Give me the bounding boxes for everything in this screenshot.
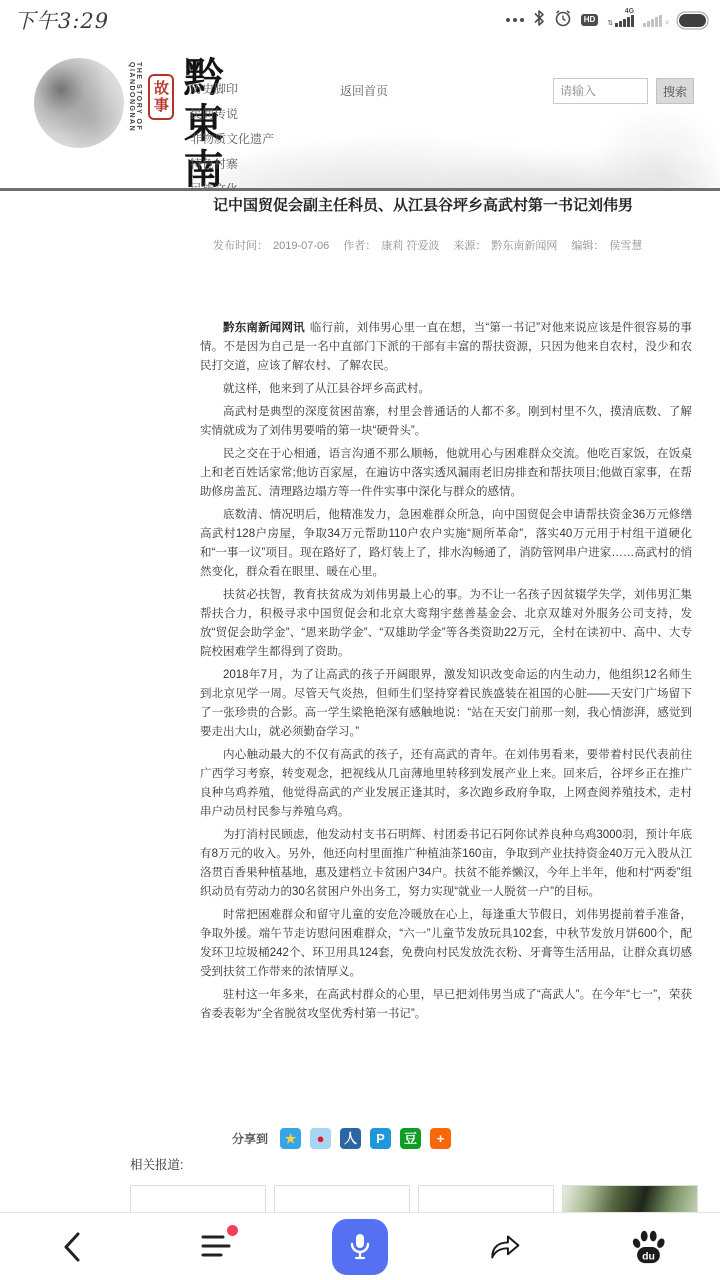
share-row: 分享到 ★●人P豆+ (200, 1128, 451, 1149)
meta-item: 编辑：侯雪慧 (571, 237, 642, 253)
logo-ink-circle-image (34, 58, 124, 148)
nav-link[interactable]: 非物质文化遗产 (190, 130, 274, 147)
share-icon[interactable]: ★ (280, 1128, 301, 1149)
home-link[interactable]: 返回首页 (340, 82, 388, 99)
signal-sim2-icon: ✕ (643, 13, 670, 27)
meta-item: 来源：黔东南新闻网 (453, 237, 557, 253)
share-icon[interactable]: + (430, 1128, 451, 1149)
article-paragraph: 驻村这一年多来，在高武村群众的心里，早已把刘伟男当成了“高武人”。在今年“七一”… (200, 986, 692, 1024)
share-button[interactable] (474, 1217, 534, 1277)
baidu-home-button[interactable]: du (618, 1217, 678, 1277)
share-icon[interactable]: ● (310, 1128, 331, 1149)
site-header: THE STORY OF QIANDONGNAN 故事 黔東南 历史脚印民间传说… (0, 42, 720, 188)
article-paragraph: 扶贫必扶智，教育扶贫成为刘伟男最上心的事。为不让一名孩子因贫辍学失学，刘伟男汇集… (200, 586, 692, 662)
browser-toolbar: du (0, 1212, 720, 1280)
header-divider (0, 188, 720, 191)
microphone-icon (332, 1219, 388, 1275)
nav-link[interactable]: 历史脚印 (190, 80, 274, 97)
search-box: 搜索 (553, 78, 694, 104)
article-paragraph: 高武村是典型的深度贫困苗寨，村里会普通话的人都不多。刚到村里不久，摸清底数、了解… (200, 403, 692, 441)
share-icons: ★●人P豆+ (280, 1128, 451, 1149)
page: 下午3:29 HD 4G ⇅ ✕ (0, 0, 720, 1280)
article-paragraph: 2018年7月，为了让高武的孩子开阔眼界，激发知识改变命运的内生动力，他组织12… (200, 666, 692, 742)
article-title: 记中国贸促会副主任科员、从江县谷坪乡高武村第一书记刘伟男 (200, 196, 692, 216)
voice-search-button[interactable] (330, 1217, 390, 1277)
ink-pagoda-art (590, 102, 720, 188)
status-bar: 下午3:29 HD 4G ⇅ ✕ (0, 0, 720, 40)
alarm-icon (554, 9, 572, 32)
related-label: 相关报道: (130, 1155, 700, 1173)
header-nav: 历史脚印民间传说非物质文化遗产特色村寨民族文化黔东南人风采 (190, 80, 274, 188)
bluetooth-icon (533, 9, 545, 32)
share-icon[interactable]: P (370, 1128, 391, 1149)
article-paragraph: 就这样，他来到了从江县谷坪乡高武村。 (200, 380, 692, 399)
nav-link[interactable]: 特色村寨 (190, 155, 274, 172)
logo-english-text: THE STORY OF QIANDONGNAN (128, 62, 142, 157)
meta-item: 作者：康莉 符爱波 (343, 237, 439, 253)
article-paragraph: 为打消村民顾虑，他发动村支书石明辉、村团委书记石阿你试养良种乌鸡3000羽，预计… (200, 826, 692, 902)
article-paragraph: 时常把困难群众和留守儿童的安危冷暖放在心上，每逢重大节假日，刘伟男提前着手准备，… (200, 906, 692, 982)
notification-dots-icon (506, 18, 524, 22)
share-icon[interactable]: 豆 (400, 1128, 421, 1149)
article-paragraph: 民之交在于心相通，语言沟通不那么顺畅，他就用心与困难群众交流。他吃百家饭，在饭桌… (200, 445, 692, 502)
battery-icon (679, 14, 706, 27)
menu-button[interactable] (186, 1217, 246, 1277)
article: 记中国贸促会副主任科员、从江县谷坪乡高武村第一书记刘伟男 发布时间：2019-0… (200, 196, 692, 1028)
signal-4g-icon: 4G ⇅ (607, 13, 634, 27)
share-label: 分享到 (232, 1130, 268, 1147)
share-icon[interactable]: 人 (340, 1128, 361, 1149)
article-body: 黔东南新闻网讯临行前，刘伟男心里一直在想，当“第一书记”对他来说应该是件很容易的… (200, 319, 692, 1024)
article-paragraph: 黔东南新闻网讯临行前，刘伟男心里一直在想，当“第一书记”对他来说应该是件很容易的… (200, 319, 692, 376)
article-paragraph: 底数清、情况明后，他精准发力，急困难群众所急，向中国贸促会申请帮扶资金36万元修… (200, 506, 692, 582)
article-paragraph: 内心触动最大的不仅有高武的孩子，还有高武的青年。在刘伟男看来，要带着村民代表前往… (200, 746, 692, 822)
nav-link[interactable]: 民间传说 (190, 105, 274, 122)
hd-badge-icon: HD (581, 14, 599, 26)
notification-badge (227, 1225, 238, 1236)
search-input[interactable] (553, 78, 648, 104)
back-button[interactable] (42, 1217, 102, 1277)
logo-seal: 故事 (148, 74, 174, 120)
article-meta: 发布时间：2019-07-06 作者：康莉 符爱波 来源：黔东南新闻网 编辑：侯… (200, 237, 692, 253)
search-button[interactable]: 搜索 (656, 78, 694, 104)
meta-item: 发布时间：2019-07-06 (213, 237, 329, 253)
svg-text:du: du (642, 1251, 655, 1262)
nav-link[interactable]: 民族文化 (190, 180, 274, 188)
clock: 下午3:29 (14, 5, 109, 35)
